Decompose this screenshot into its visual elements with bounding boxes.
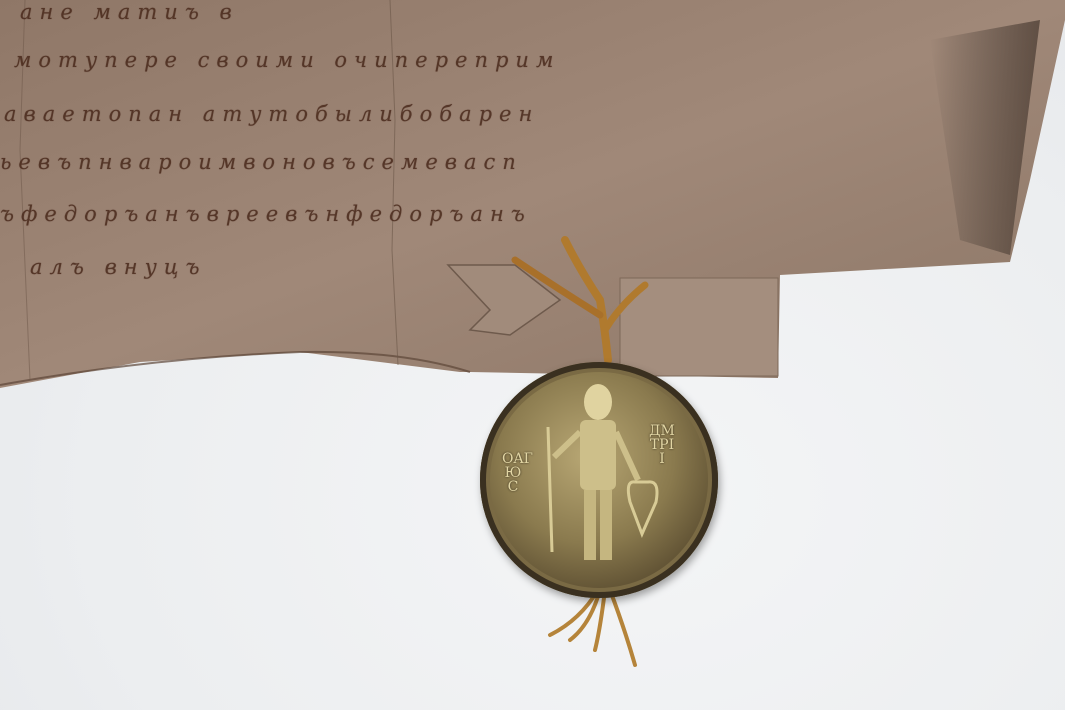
- text-line-1: ане матиъ в: [20, 0, 239, 24]
- seal-inscription-right: ДМ ТРІ І: [642, 424, 682, 466]
- text-line-6: алъ внуцъ: [30, 255, 206, 279]
- text-line-5: ъфедоръанъвреевънфедоръанъ: [0, 202, 532, 226]
- photo-scene: ане матиъ в мотупере своими очипереприм …: [0, 0, 1065, 710]
- seal-inscription-left: ОΑГ Ю С: [502, 452, 524, 494]
- text-line-4: ьевъпнвароимвоновъсемевасп: [0, 150, 523, 174]
- hanging-seal: ОΑГ Ю С ДМ ТРІ І: [480, 362, 718, 598]
- text-line-2: мотупере своими очипереприм: [14, 48, 560, 72]
- text-line-3: аваетопан атутобылибобарен: [4, 102, 539, 126]
